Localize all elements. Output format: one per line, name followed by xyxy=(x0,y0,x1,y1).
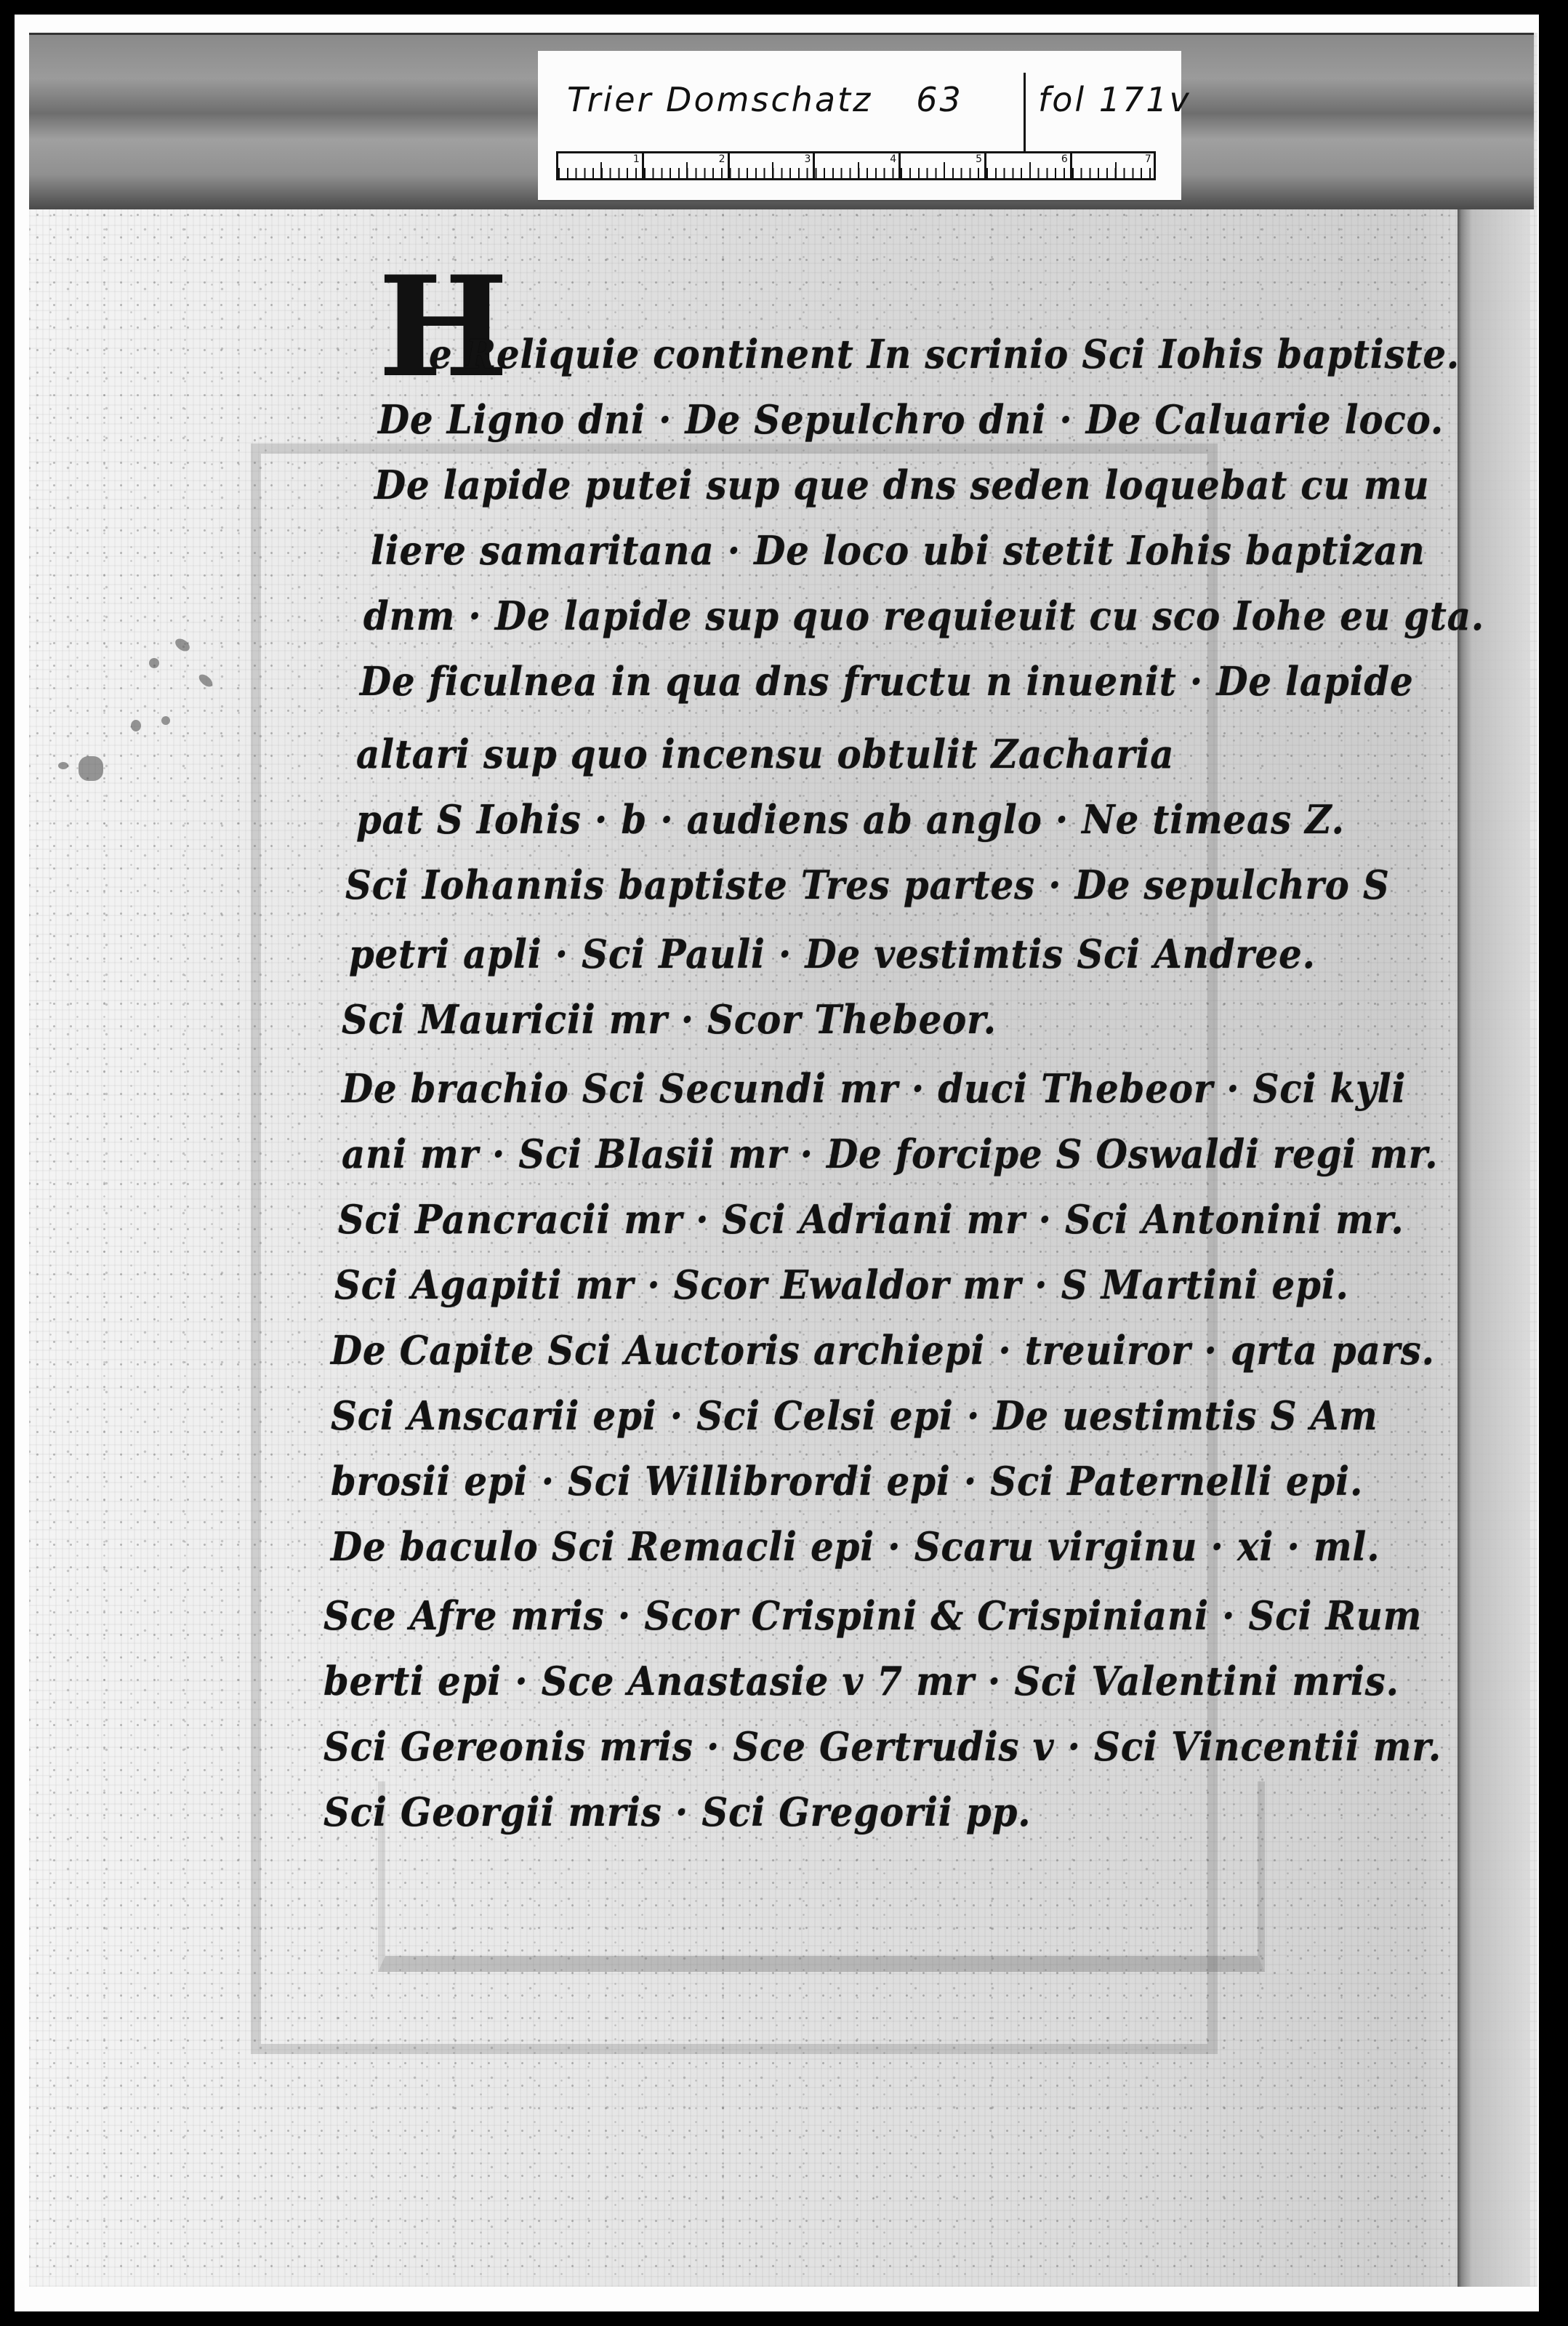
text-line: De ficulnea in qua dns fructu n inuenit … xyxy=(360,658,1414,705)
text-line: De baculo Sci Remacli epi · Scaru virgin… xyxy=(331,1523,1380,1570)
margin-stain xyxy=(79,756,103,781)
text-line: De Capite Sci Auctoris archiepi · treuir… xyxy=(331,1327,1435,1373)
decorated-initial: H xyxy=(378,273,429,382)
text-line: De Ligno dni · De Sepulchro dni · De Cal… xyxy=(378,396,1444,443)
shelfmark: Trier Domschatz63 xyxy=(567,80,963,119)
folio-number: fol 171v xyxy=(1038,80,1191,119)
text-line: Sci Iohannis baptiste Tres partes · De s… xyxy=(345,862,1390,908)
text-line: Sci Georgii mris · Sci Gregorii pp. xyxy=(323,1789,1031,1835)
text-line: Sci Gereonis mris · Sce Gertrudis v · Sc… xyxy=(323,1723,1442,1770)
text-line: Sci Pancracii mr · Sci Adriani mr · Sci … xyxy=(338,1196,1404,1243)
text-line: berti epi · Sce Anastasie v 7 mr · Sci V… xyxy=(323,1658,1399,1704)
text-line: Sce Afre mris · Scor Crispini & Crispini… xyxy=(323,1592,1422,1639)
text-line: Sci Anscarii epi · Sci Celsi epi · De ue… xyxy=(331,1392,1378,1439)
text-line: altari sup quo incensu obtulit Zacharia xyxy=(356,731,1174,777)
scale-ruler: 1 2 3 4 5 6 7 xyxy=(556,151,1156,180)
ruler-half-mark xyxy=(686,162,688,178)
text-line: brosii epi · Sci Willibrordi epi · Sci P… xyxy=(331,1458,1363,1504)
ruler-half-mark xyxy=(858,162,859,178)
margin-stain xyxy=(149,658,159,668)
margin-stain xyxy=(131,720,141,731)
text-line: petri apli · Sci Pauli · De vestimtis Sc… xyxy=(349,931,1316,977)
margin-stain xyxy=(161,716,170,725)
text-line: Sci Agapiti mr · Scor Ewaldor mr · S Mar… xyxy=(334,1262,1349,1308)
text-line: pat S Iohis · b · audiens ab anglo · Ne … xyxy=(356,796,1345,843)
shelfmark-number: 63 xyxy=(916,80,963,119)
archive-label: Trier Domschatz63 fol 171v 1 2 3 4 5 6 7 xyxy=(538,51,1181,200)
ruler-cm-mark: 7 xyxy=(1072,153,1154,178)
ruler-half-mark xyxy=(1115,162,1117,178)
text-line: dnm · De lapide sup quo requieuit cu sco… xyxy=(363,593,1484,639)
text-line: De brachio Sci Secundi mr · duci Thebeor… xyxy=(342,1065,1406,1112)
text-line: e Reliquie continent In scrinio Sci Iohi… xyxy=(429,331,1460,377)
text-line: Sci Mauricii mr · Scor Thebeor. xyxy=(342,996,997,1043)
right-gutter-edge xyxy=(1458,207,1530,2287)
shelfmark-repository: Trier Domschatz xyxy=(567,80,872,119)
ruler-half-mark xyxy=(772,162,773,178)
text-line: liere samaritana · De loco ubi stetit Io… xyxy=(371,527,1426,574)
ruler-half-mark xyxy=(600,162,602,178)
ruler-half-mark xyxy=(1029,162,1031,178)
text-line: ani mr · Sci Blasii mr · De forcipe S Os… xyxy=(342,1131,1439,1177)
label-divider xyxy=(1024,73,1026,153)
ruler-half-mark xyxy=(944,162,945,178)
text-line: De lapide putei sup que dns seden loqueb… xyxy=(374,462,1429,508)
margin-stain xyxy=(58,762,68,769)
